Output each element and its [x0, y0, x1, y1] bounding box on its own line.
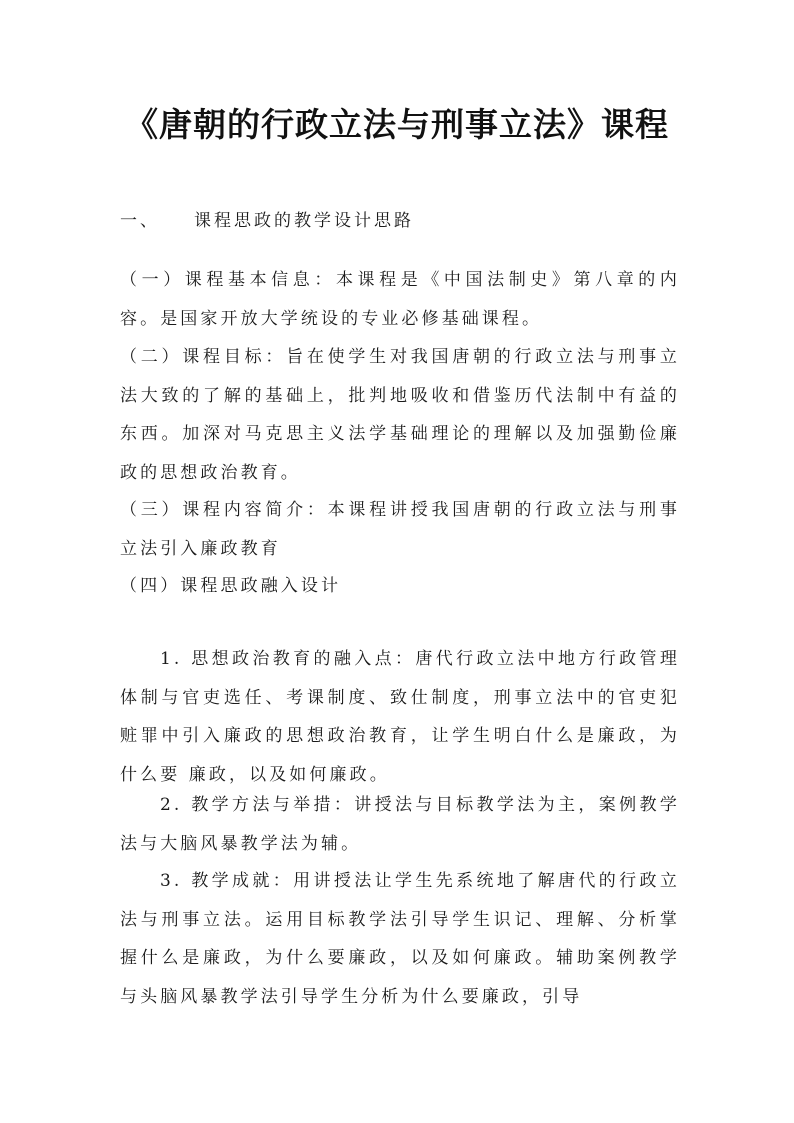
section-heading-text: 课程思政的教学设计思路 — [194, 211, 414, 231]
numbered-item-2: 2. 教学方法与举措：讲授法与目标教学法为主，案例教学法与大脑风暴教学法为辅。 — [120, 786, 680, 863]
numbered-item-text: 1. 思想政治教育的融入点：唐代行政立法中地方行政管理体制与官吏选任、考课制度、… — [120, 640, 680, 794]
paragraph-text: （一）课程基本信息：本课程是《中国法制史》第八章的内容。是国家开放大学统设的专业… — [120, 261, 680, 338]
numbered-item-text: 2. 教学方法与举措：讲授法与目标教学法为主，案例教学法与大脑风暴教学法为辅。 — [120, 786, 680, 863]
paragraph-course-goal: （二）课程目标：旨在使学生对我国唐朝的行政立法与刑事立法大致的了解的基础上，批判… — [120, 338, 680, 492]
numbered-item-3: 3. 教学成就：用讲授法让学生先系统地了解唐代的行政立法与刑事立法。运用目标教学… — [120, 862, 680, 1016]
numbered-item-1: 1. 思想政治教育的融入点：唐代行政立法中地方行政管理体制与官吏选任、考课制度、… — [120, 640, 680, 794]
paragraph-course-content: （三）课程内容简介：本课程讲授我国唐朝的行政立法与刑事立法引入廉政教育 — [120, 491, 680, 568]
paragraph-text: （四）课程思政融入设计 — [120, 567, 680, 606]
section-heading: 一、课程思政的教学设计思路 — [120, 206, 414, 236]
numbered-item-text: 3. 教学成就：用讲授法让学生先系统地了解唐代的行政立法与刑事立法。运用目标教学… — [120, 862, 680, 1016]
section-number: 一、 — [120, 211, 160, 231]
paragraph-ideology-design: （四）课程思政融入设计 — [120, 567, 680, 606]
document-title: 《唐朝的行政立法与刑事立法》课程 — [0, 100, 794, 150]
document-page: 《唐朝的行政立法与刑事立法》课程 一、课程思政的教学设计思路 （一）课程基本信息… — [0, 0, 794, 1123]
paragraph-text: （二）课程目标：旨在使学生对我国唐朝的行政立法与刑事立法大致的了解的基础上，批判… — [120, 338, 680, 492]
paragraph-basic-info: （一）课程基本信息：本课程是《中国法制史》第八章的内容。是国家开放大学统设的专业… — [120, 261, 680, 338]
paragraph-text: （三）课程内容简介：本课程讲授我国唐朝的行政立法与刑事立法引入廉政教育 — [120, 491, 680, 568]
